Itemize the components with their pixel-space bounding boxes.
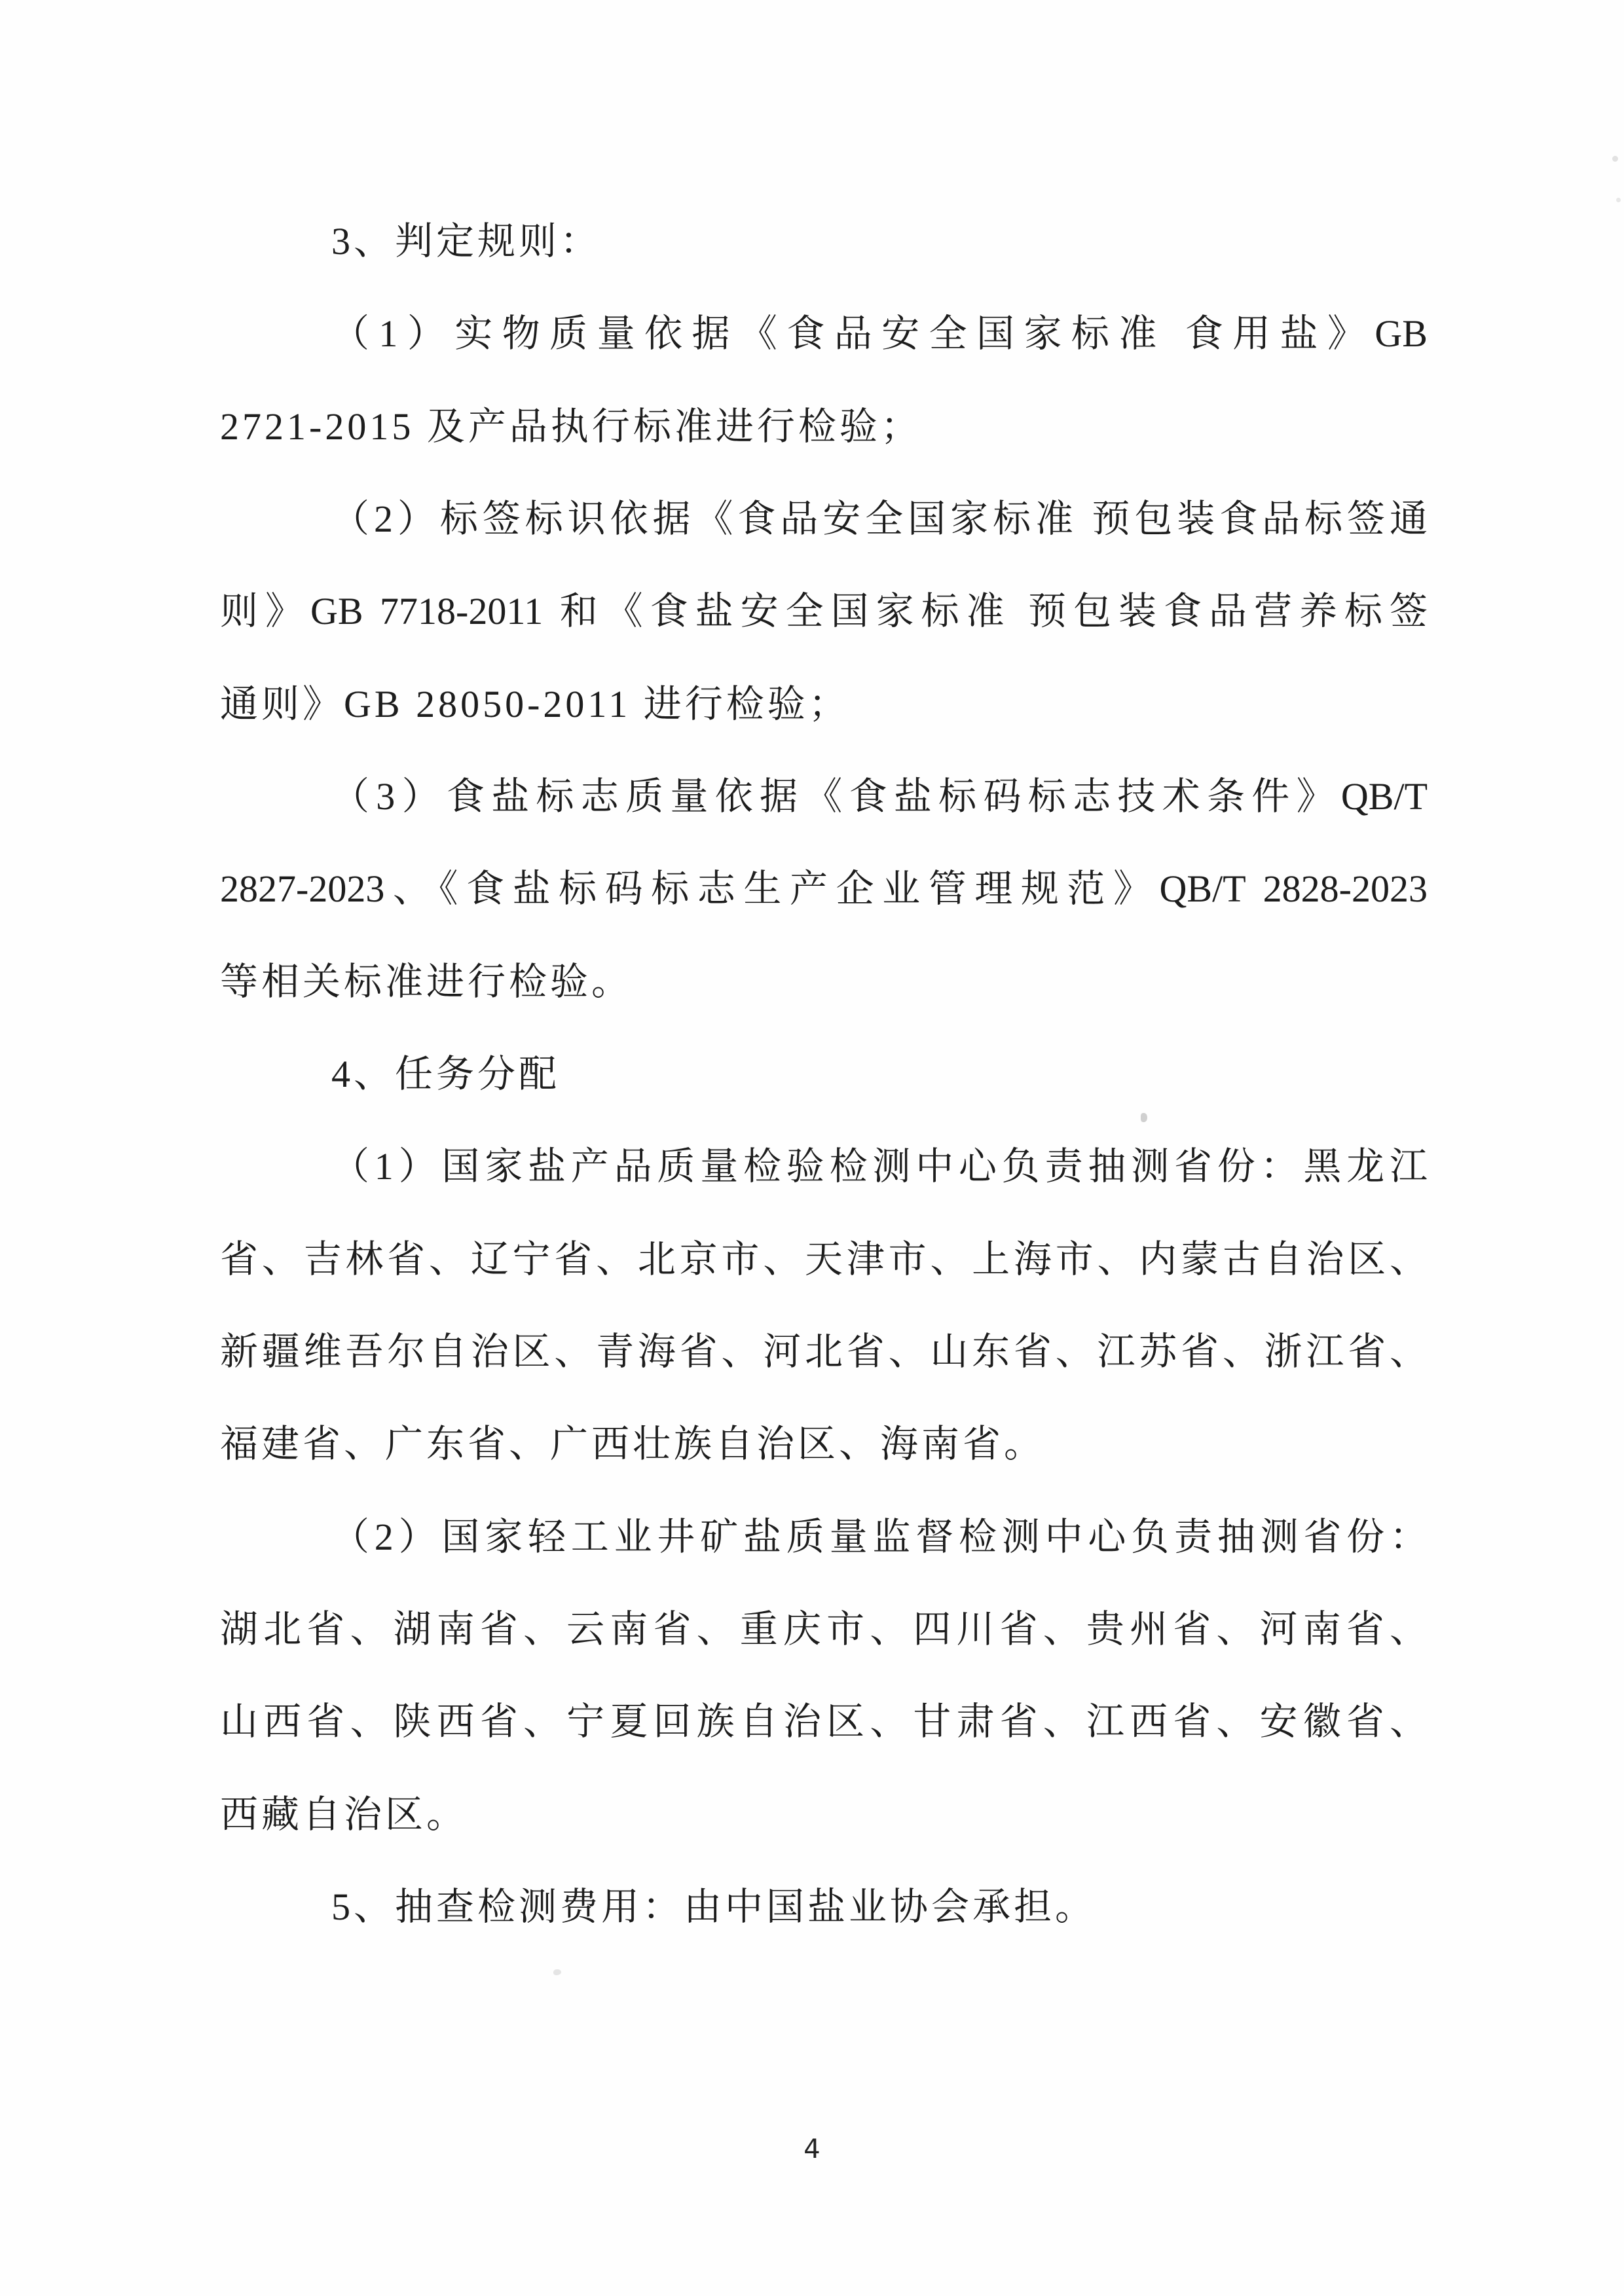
text-line: 则》GB 7718-2011 和《食盐安全国家标准 预包装食品营养标签 (220, 565, 1428, 657)
text-line: 2827-2023、《食盐标码标志生产企业管理规范》QB/T 2828-2023 (220, 843, 1428, 935)
text-line: （1）国家盐产品质量检验检测中心负责抽测省份：黑龙江 (220, 1120, 1428, 1212)
text-line: （1）实物质量依据《食品安全国家标准 食用盐》GB (220, 287, 1428, 380)
text-line: 新疆维吾尔自治区、青海省、河北省、山东省、江苏省、浙江省、 (220, 1305, 1428, 1398)
text-line: （2）标签标识依据《食品安全国家标准 预包装食品标签通 (220, 473, 1428, 565)
scan-speck (1616, 198, 1621, 202)
text-line: 西藏自治区。 (220, 1768, 1428, 1861)
text-line: 通则》GB 28050-2011 进行检验； (220, 658, 1428, 750)
page-number: 4 (0, 2130, 1624, 2169)
document-body: 3、判定规则：（1）实物质量依据《食品安全国家标准 食用盐》GB2721-201… (220, 195, 1428, 1953)
text-line: 省、吉林省、辽宁省、北京市、天津市、上海市、内蒙古自治区、 (220, 1213, 1428, 1305)
text-line: （2）国家轻工业井矿盐质量监督检测中心负责抽测省份： (220, 1491, 1428, 1583)
text-line: 3、判定规则： (220, 195, 1428, 287)
text-line: 等相关标准进行检验。 (220, 936, 1428, 1028)
scan-speck (553, 1969, 561, 1975)
text-line: 湖北省、湖南省、云南省、重庆市、四川省、贵州省、河南省、 (220, 1583, 1428, 1675)
text-line: 山西省、陕西省、宁夏回族自治区、甘肃省、江西省、安徽省、 (220, 1675, 1428, 1768)
text-line: 2721-2015 及产品执行标准进行检验； (220, 380, 1428, 473)
text-line: 福建省、广东省、广西壮族自治区、海南省。 (220, 1398, 1428, 1490)
text-line: （3）食盐标志质量依据《食盐标码标志技术条件》QB/T (220, 750, 1428, 843)
text-line: 5、抽查检测费用：由中国盐业协会承担。 (220, 1861, 1428, 1953)
document-page: 3、判定规则：（1）实物质量依据《食品安全国家标准 食用盐》GB2721-201… (0, 0, 1624, 2296)
text-line: 4、任务分配 (220, 1028, 1428, 1120)
scan-speck (1612, 156, 1618, 162)
scan-speck (1141, 1113, 1147, 1122)
